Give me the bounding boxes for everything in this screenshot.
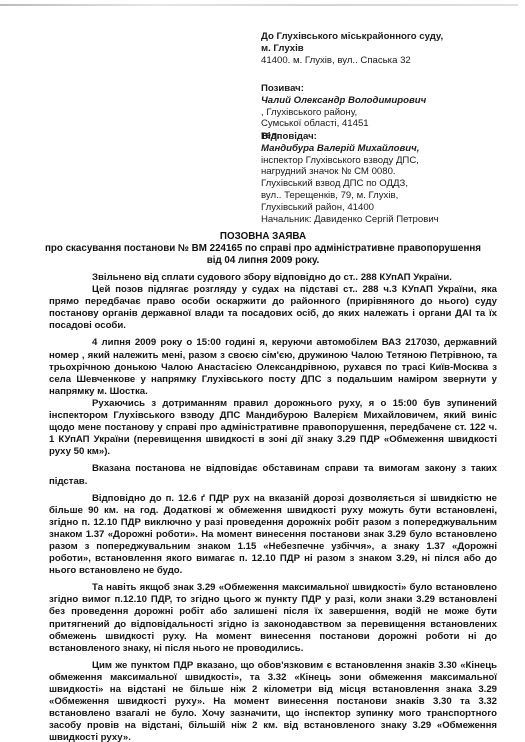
defendant-badge: нагрудний значок № СМ 0080. — [261, 166, 439, 178]
court-address: 41400. м. Глухів, вул.. Спаська 32 — [261, 55, 443, 67]
defendant-chief: Начальник: Давиденко Сергій Петрович — [261, 214, 439, 226]
defendant-block: Відповідач: Мандибура Валерій Михайлович… — [261, 131, 439, 225]
paragraph-jurisdiction: Цей позов підлягає розгляду у судах на п… — [49, 284, 497, 332]
emphasis-without-works: без проведення — [49, 606, 128, 617]
emphasis-exclusively: виключно — [144, 517, 192, 528]
paragraph-sign-validity: Та навіть якщоб знак 3.29 «Обмеження мак… — [49, 582, 497, 655]
emphasis-together: разом — [363, 517, 392, 528]
plaintiff-label: Позивач: — [261, 83, 426, 95]
court-city: м. Глухів — [261, 43, 443, 55]
paragraph-speed-rules: Відповідно до п. 12.6 ґ ПДР рух на вказа… — [49, 493, 497, 578]
paragraph-end-signs: Цим же пунктом ПДР вказано, що обов'язко… — [49, 660, 497, 742]
defendant-label: Відповідач: — [261, 131, 439, 143]
document-body: Звільнено від сплати судового збору відп… — [49, 272, 497, 742]
title-subject: про скасування постанови № ВМ 224165 по … — [40, 243, 486, 255]
defendant-position: інспектор Глухівського взводу ДПС, — [261, 155, 439, 167]
scan-edge-line — [0, 4, 518, 6]
defendant-district: Глухівський район, 41400 — [261, 202, 439, 214]
court-address-block: До Глухівського міськрайонного суду, м. … — [261, 31, 443, 66]
defendant-unit: Глухівський взвод ДПС по ОДДЗ, — [261, 178, 439, 190]
paragraph-grounds-intro: Вказана постанова не відповідає обставин… — [49, 463, 497, 487]
paragraph-fee-exemption: Звільнено від сплати судового збору відп… — [49, 272, 497, 284]
paragraph-incident: 4 липня 2009 року о 15:00 годині я, керу… — [49, 337, 497, 397]
title-heading: ПОЗОВНА ЗАЯВА — [40, 231, 486, 243]
title-date: від 04 липня 2009 року. — [40, 255, 486, 267]
document-title: ПОЗОВНА ЗАЯВА про скасування постанови №… — [40, 231, 486, 267]
plaintiff-district: , Глухівського району, — [261, 107, 426, 119]
paragraph-stop: Рухаючись з дотриманням правил дорожньог… — [49, 398, 497, 458]
court-name: До Глухівського міськрайонного суду, — [261, 31, 443, 43]
plaintiff-region: Сумської області, 41451 — [261, 118, 426, 130]
defendant-street: вул.. Терещенків, 79, м. Глухів, — [261, 190, 439, 202]
plaintiff-name: Чалий Олександр Володимирович — [261, 95, 426, 107]
defendant-name: Мандибура Валерій Михайлович, — [261, 143, 439, 155]
